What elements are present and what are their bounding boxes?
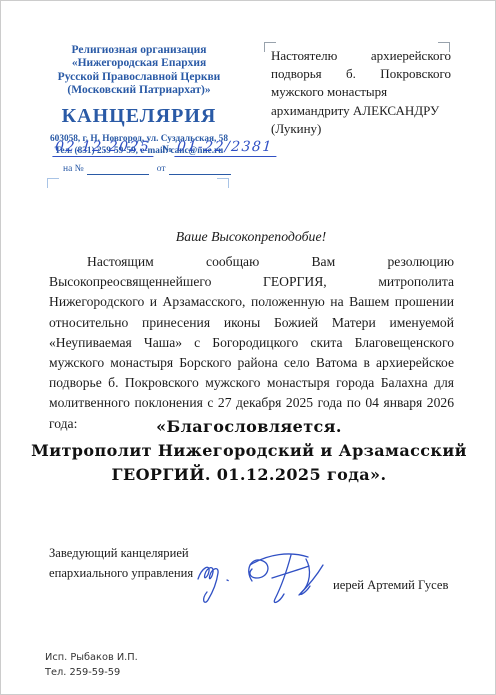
addressee-line: Настоятелю архиерейского [271, 47, 451, 65]
resolution-line: «Благословляется. [31, 415, 467, 439]
ref-number-blank [87, 165, 149, 175]
ref-from-label: от [157, 164, 166, 175]
signer-position: Заведующий канцелярией епархиального упр… [49, 544, 193, 583]
org-line: (Московский Патриархат)» [41, 84, 237, 97]
org-line: Религиозная организация [41, 44, 237, 57]
addressee-line: архимандриту АЛЕКСАНДРУ [271, 102, 451, 120]
addressee-line: мужского монастыря [271, 83, 451, 101]
ref-on-label: на № [63, 164, 84, 175]
resolution-line: ГЕОРГИЙ. 01.12.2025 года». [31, 463, 467, 487]
department-title: КАНЦЕЛЯРИЯ [41, 105, 237, 128]
org-line: «Нижегородская Епархия [41, 57, 237, 70]
corner-mark-icon [47, 178, 59, 188]
executor-block: Исп. Рыбаков И.П. Тел. 259-59-59 [45, 650, 138, 680]
signer-position-line: епархиального управления [49, 564, 193, 584]
handwritten-date: 02.12.2025 [52, 139, 154, 157]
corner-mark-icon [217, 178, 229, 188]
letter-page: Религиозная организация «Нижегородская Е… [0, 0, 496, 695]
executor-phone: Тел. 259-59-59 [45, 665, 138, 680]
handwritten-number: 01-22/2381 [175, 139, 278, 157]
signer-position-line: Заведующий канцелярией [49, 544, 193, 564]
salutation: Ваше Высокопреподобие! [49, 229, 453, 245]
addressee-line: подворья б. Покровского [271, 65, 451, 83]
org-line: Русской Православной Церкви [41, 71, 237, 84]
resolution-block: «Благословляется. Митрополит Нижегородск… [31, 415, 467, 486]
addressee-line: (Лукину) [271, 120, 451, 138]
addressee-block: Настоятелю архиерейского подворья б. Пок… [271, 47, 451, 138]
executor-name: Исп. Рыбаков И.П. [45, 650, 138, 665]
body-paragraph: Настоящим сообщаю Вам резолюцию Высокопр… [49, 252, 454, 434]
resolution-line: Митрополит Нижегородский и Арзамасский [31, 439, 467, 463]
ref-date-blank [169, 165, 231, 175]
number-sign: № [162, 144, 172, 155]
organization-name: Религиозная организация «Нижегородская Е… [41, 44, 237, 98]
outgoing-date-number: 02.12.2025 № 01-22/2381 [53, 139, 233, 157]
signer-name: иерей Артемий Гусев [333, 578, 448, 593]
reference-line: на № от [63, 164, 231, 175]
handwritten-signature-icon [186, 537, 361, 609]
